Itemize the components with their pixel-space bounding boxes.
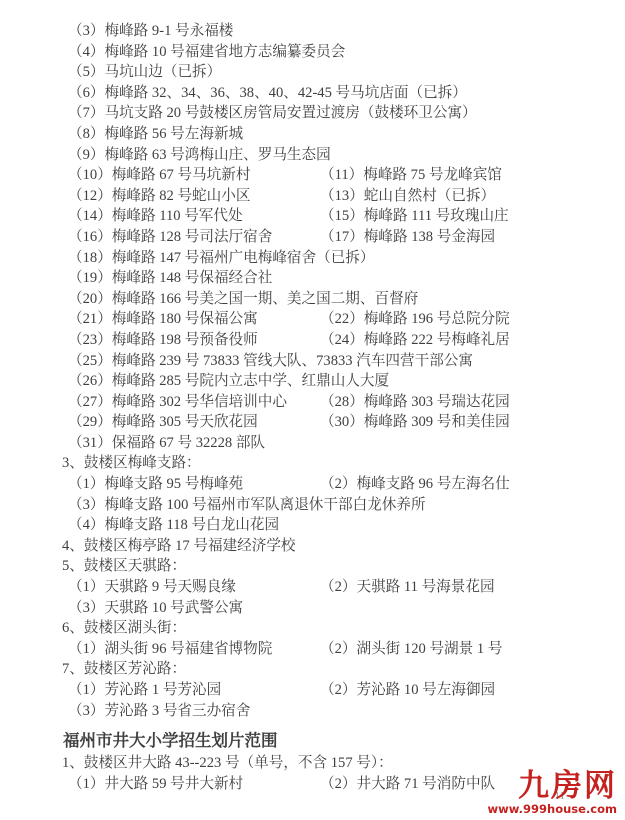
section-heading: 6、鼓楼区湖头街： bbox=[0, 618, 617, 639]
list-item-line: （27）梅峰路 302 号华信培训中心（28）梅峰路 303 号瑞达花园 bbox=[0, 392, 617, 413]
address-entry: （3）芳沁路 3 号省三办宿舍 bbox=[68, 703, 250, 719]
address-entry: 7、鼓楼区芳沁路： bbox=[62, 661, 186, 677]
address-entry: （2）井大路 71 号消防中队 bbox=[320, 776, 495, 792]
section-heading: 1、鼓楼区井大路 43--223 号（单号，不含 157 号）： bbox=[0, 753, 617, 774]
list-item-line: （5）马坑山边（已拆） bbox=[0, 62, 617, 83]
list-item-line: （1）芳沁路 1 号芳沁园（2）芳沁路 10 号左海御园 bbox=[0, 680, 617, 701]
list-item-line: （26）梅峰路 285 号院内立志中学、红鼎山人大厦 bbox=[0, 371, 617, 392]
list-item-line: （16）梅峰路 128 号司法厅宿舍（17）梅峰路 138 号金海园 bbox=[0, 227, 617, 248]
list-item-line: （7）马坑支路 20 号鼓楼区房管局安置过渡房（鼓楼环卫公寓） bbox=[0, 103, 617, 124]
address-entry: （31）保福路 67 号 32228 部队 bbox=[68, 435, 265, 451]
address-entry: （3）梅峰支路 100 号福州市军队离退休干部白龙休养所 bbox=[68, 497, 426, 513]
list-item-line: （20）梅峰路 166 号美之国一期、美之国二期、百督府 bbox=[0, 289, 617, 310]
address-entry: 1、鼓楼区井大路 43--223 号（单号，不含 157 号）： bbox=[62, 755, 393, 771]
address-entry: （5）马坑山边（已拆） bbox=[68, 64, 221, 80]
address-entry: （2）梅峰支路 96 号左海名仕 bbox=[320, 476, 510, 492]
blank-line bbox=[0, 721, 617, 729]
list-item-line: （8）梅峰路 56 号左海新城 bbox=[0, 124, 617, 145]
section-heading: 5、鼓楼区天骐路： bbox=[0, 556, 617, 577]
address-entry: （30）梅峰路 309 号和美佳园 bbox=[320, 414, 510, 430]
address-entry: （28）梅峰路 303 号瑞达花园 bbox=[320, 394, 510, 410]
list-item-line: （29）梅峰路 305 号天欣花园（30）梅峰路 309 号和美佳园 bbox=[0, 412, 617, 433]
list-item-line: （4）梅峰支路 118 号白龙山花园 bbox=[0, 515, 617, 536]
address-entry: （10）梅峰路 67 号马坑新村 bbox=[68, 165, 320, 186]
doc-title: 福州市井大小学招生划片范围 bbox=[0, 729, 617, 753]
list-item-line: （21）梅峰路 180 号保福公寓（22）梅峰路 196 号总院分院 bbox=[0, 309, 617, 330]
address-entry: （23）梅峰路 198 号预备役师 bbox=[68, 330, 320, 351]
address-list: （3）梅峰路 9-1 号永福楼（4）梅峰路 10 号福建省地方志编纂委员会（5）… bbox=[0, 21, 617, 794]
address-entry: （11）梅峰路 75 号龙峰宾馆 bbox=[320, 167, 502, 183]
list-item-line: （3）梅峰支路 100 号福州市军队离退休干部白龙休养所 bbox=[0, 495, 617, 516]
address-entry: （1）芳沁路 1 号芳沁园 bbox=[68, 680, 320, 701]
address-entry: （27）梅峰路 302 号华信培训中心 bbox=[68, 392, 320, 413]
address-entry: （15）梅峰路 111 号玫瑰山庄 bbox=[320, 208, 509, 224]
list-item-line: （14）梅峰路 110 号军代处（15）梅峰路 111 号玫瑰山庄 bbox=[0, 206, 617, 227]
address-entry: （8）梅峰路 56 号左海新城 bbox=[68, 126, 243, 142]
watermark-url: www.999house.com bbox=[488, 802, 618, 816]
address-entry: （24）梅峰路 222 号梅峰礼居 bbox=[320, 332, 510, 348]
address-entry: 4、鼓楼区梅亭路 17 号福建经济学校 bbox=[62, 538, 296, 554]
list-item-line: （1）井大路 59 号井大新村（2）井大路 71 号消防中队 bbox=[0, 774, 617, 795]
address-entry: （7）马坑支路 20 号鼓楼区房管局安置过渡房（鼓楼环卫公寓） bbox=[68, 105, 477, 121]
address-entry: （1）湖头街 96 号福建省博物院 bbox=[68, 639, 320, 660]
list-item-line: （9）梅峰路 63 号鸿梅山庄、罗马生态园 bbox=[0, 145, 617, 166]
document-page: （3）梅峰路 9-1 号永福楼（4）梅峰路 10 号福建省地方志编纂委员会（5）… bbox=[0, 0, 625, 794]
address-entry: 5、鼓楼区天骐路： bbox=[62, 558, 186, 574]
list-item-line: （1）湖头街 96 号福建省博物院（2）湖头街 120 号湖景 1 号 bbox=[0, 639, 617, 660]
list-item-line: （25）梅峰路 239 号 73833 管线大队、73833 汽车四营干部公寓 bbox=[0, 351, 617, 372]
section-heading: 7、鼓楼区芳沁路： bbox=[0, 659, 617, 680]
address-entry: （1）井大路 59 号井大新村 bbox=[68, 774, 320, 795]
list-item-line: （1）梅峰支路 95 号梅峰苑（2）梅峰支路 96 号左海名仕 bbox=[0, 474, 617, 495]
address-entry: （14）梅峰路 110 号军代处 bbox=[68, 206, 320, 227]
list-item-line: （10）梅峰路 67 号马坑新村（11）梅峰路 75 号龙峰宾馆 bbox=[0, 165, 617, 186]
address-entry: （2）湖头街 120 号湖景 1 号 bbox=[320, 641, 502, 657]
address-entry: （18）梅峰路 147 号福州广电梅峰宿舍（已拆） bbox=[68, 250, 374, 266]
list-item-line: （4）梅峰路 10 号福建省地方志编纂委员会 bbox=[0, 42, 617, 63]
list-item-line: （12）梅峰路 82 号蛇山小区（13）蛇山自然村（已拆） bbox=[0, 186, 617, 207]
address-entry: （2）芳沁路 10 号左海御园 bbox=[320, 682, 495, 698]
address-entry: 6、鼓楼区湖头街： bbox=[62, 620, 186, 636]
address-entry: （13）蛇山自然村（已拆） bbox=[320, 188, 495, 204]
address-entry: （21）梅峰路 180 号保福公寓 bbox=[68, 309, 320, 330]
address-entry: （29）梅峰路 305 号天欣花园 bbox=[68, 412, 320, 433]
address-entry: （1）梅峰支路 95 号梅峰苑 bbox=[68, 474, 320, 495]
list-item-line: （3）梅峰路 9-1 号永福楼 bbox=[0, 21, 617, 42]
address-entry: 3、鼓楼区梅峰支路： bbox=[62, 455, 201, 471]
address-entry: （26）梅峰路 285 号院内立志中学、红鼎山人大厦 bbox=[68, 373, 389, 389]
list-item-line: （23）梅峰路 198 号预备役师（24）梅峰路 222 号梅峰礼居 bbox=[0, 330, 617, 351]
address-entry: （3）天骐路 10 号武警公寓 bbox=[68, 600, 243, 616]
address-entry: （9）梅峰路 63 号鸿梅山庄、罗马生态园 bbox=[68, 147, 331, 163]
list-item-line: （31）保福路 67 号 32228 部队 bbox=[0, 433, 617, 454]
address-entry: （20）梅峰路 166 号美之国一期、美之国二期、百督府 bbox=[68, 291, 418, 307]
address-entry: （16）梅峰路 128 号司法厅宿舍 bbox=[68, 227, 320, 248]
address-entry: （12）梅峰路 82 号蛇山小区 bbox=[68, 186, 320, 207]
address-entry: （22）梅峰路 196 号总院分院 bbox=[320, 311, 510, 327]
address-entry: （19）梅峰路 148 号保福经合社 bbox=[68, 270, 272, 286]
address-entry: （2）天骐路 11 号海景花园 bbox=[320, 579, 495, 595]
address-entry: （17）梅峰路 138 号金海园 bbox=[320, 229, 495, 245]
address-entry: （1）天骐路 9 号天赐良缘 bbox=[68, 577, 320, 598]
section-heading: 4、鼓楼区梅亭路 17 号福建经济学校 bbox=[0, 536, 617, 557]
list-item-line: （1）天骐路 9 号天赐良缘（2）天骐路 11 号海景花园 bbox=[0, 577, 617, 598]
address-entry: 福州市井大小学招生划片范围 bbox=[63, 731, 278, 750]
address-entry: （4）梅峰支路 118 号白龙山花园 bbox=[68, 517, 279, 533]
list-item-line: （3）芳沁路 3 号省三办宿舍 bbox=[0, 701, 617, 722]
address-entry: （25）梅峰路 239 号 73833 管线大队、73833 汽车四营干部公寓 bbox=[68, 353, 473, 369]
list-item-line: （19）梅峰路 148 号保福经合社 bbox=[0, 268, 617, 289]
list-item-line: （18）梅峰路 147 号福州广电梅峰宿舍（已拆） bbox=[0, 248, 617, 269]
list-item-line: （3）天骐路 10 号武警公寓 bbox=[0, 598, 617, 619]
section-heading: 3、鼓楼区梅峰支路： bbox=[0, 453, 617, 474]
list-item-line: （6）梅峰路 32、34、36、38、40、42-45 号马坑店面（已拆） bbox=[0, 83, 617, 104]
address-entry: （3）梅峰路 9-1 号永福楼 bbox=[68, 23, 233, 39]
address-entry: （6）梅峰路 32、34、36、38、40、42-45 号马坑店面（已拆） bbox=[68, 85, 467, 101]
address-entry: （4）梅峰路 10 号福建省地方志编纂委员会 bbox=[68, 44, 345, 60]
